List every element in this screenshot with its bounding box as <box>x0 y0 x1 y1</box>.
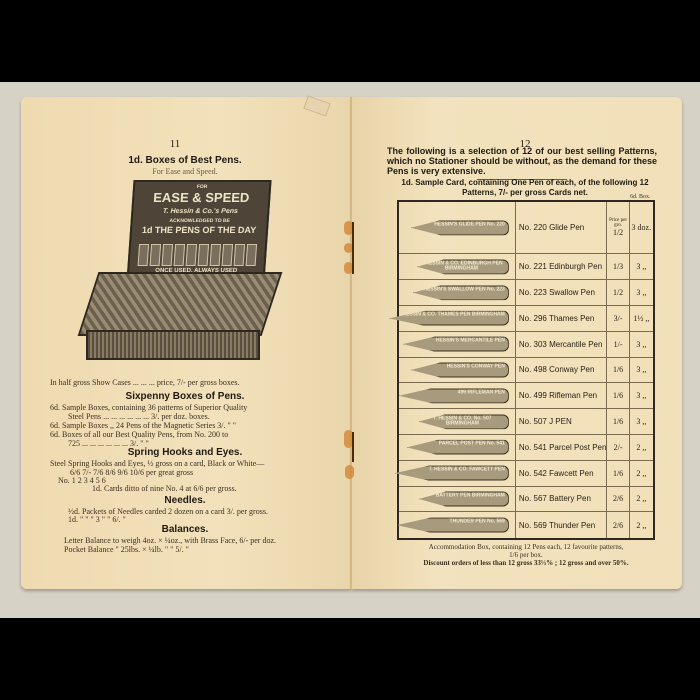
price-value: 1/6 <box>613 417 623 426</box>
pen-name: No. 296 Thames Pen <box>515 305 607 331</box>
price-value: 3/- <box>614 314 623 323</box>
pen-row: T. HESSIN & CO. THAMES PEN BIRMINGHAMNo.… <box>398 305 654 331</box>
sixpenny-line: Steel Pens ... ... ... ... ... ... 3/. p… <box>68 412 210 421</box>
page-number: 11 <box>160 138 190 150</box>
pen-price: 1/2 <box>607 280 629 306</box>
pen-nib-illustration: THUNDER PEN No. 569 <box>398 512 515 539</box>
pen-name: No. 542 Fawcett Pen <box>515 460 607 486</box>
pen-nib-icon: HESSIN'S CONWAY PEN <box>411 362 509 377</box>
pen-quantity: 1½ ,, <box>629 305 654 331</box>
boxes-heading: 1d. Boxes of Best Pens. <box>40 155 330 166</box>
balances-line: Pocket Balance " 25lbs. × ¼lb. " " 5/. " <box>64 545 189 554</box>
pen-quantity: 3 ,, <box>629 409 654 435</box>
pen-row: 499 RIFLEMAN PENNo. 499 Rifleman Pen1/63… <box>398 383 654 409</box>
pen-nib-illustration: HESSIN'S GLIDE PEN No. 220 <box>398 201 515 254</box>
pen-row: HESSIN'S GLIDE PEN No. 220No. 220 Glide … <box>398 201 654 254</box>
pen-row: BATTERY PEN BIRMINGHAMNo. 567 Battery Pe… <box>398 486 654 512</box>
pen-nib-illustration: HESSIN'S CONWAY PEN <box>398 357 515 383</box>
pen-nib-illustration: 499 RIFLEMAN PEN <box>398 383 515 409</box>
pen-nib-icon: T. HESSIN & CO. FAWCETT PEN <box>395 466 509 481</box>
price-value: 1/6 <box>613 469 623 478</box>
pen-name: No. 499 Rifleman Pen <box>515 383 607 409</box>
needles-line: 1d. " " " 3 " " 6/. " <box>68 515 126 524</box>
pen-name: No. 221 Edinburgh Pen <box>515 254 607 280</box>
hooks-line: Steel Spring Hooks and Eyes, ½ gross on … <box>50 459 264 468</box>
price-value: 1/2 <box>613 288 623 297</box>
pen-quantity: 3 ,, <box>629 331 654 357</box>
price-value: 1/6 <box>613 391 623 400</box>
pen-price: 1/6 <box>607 383 629 409</box>
nib-stamp: HESSIN'S CONWAY PEN <box>447 364 505 369</box>
nib-stamp: 499 RIFLEMAN PEN <box>458 390 505 395</box>
intro-text: The following is a selection of 12 of ou… <box>387 146 657 176</box>
pen-patterns-table: HESSIN'S GLIDE PEN No. 220No. 220 Glide … <box>397 200 655 540</box>
pen-name: No. 507 J PEN <box>515 409 607 435</box>
staple <box>352 222 354 274</box>
pen-nib-icon: T. HESSIN & CO. No. 507 BIRMINGHAM <box>419 414 509 429</box>
pen-quantity: 2 ,, <box>629 434 654 460</box>
pen-name: No. 498 Conway Pen <box>515 357 607 383</box>
pen-row: HESSIN'S SWALLOW PEN No. 223No. 223 Swal… <box>398 280 654 306</box>
show-cases-line: In half gross Show Cases ... ... ... pri… <box>50 378 240 387</box>
price-value: 2/- <box>614 443 623 452</box>
pen-name: No. 567 Battery Pen <box>515 486 607 512</box>
pen-quantity: 3 ,, <box>629 254 654 280</box>
pen-price: Price per gro.1/2 <box>607 201 629 254</box>
pen-row: HESSIN'S MERCANTILE PENNo. 303 Mercantil… <box>398 331 654 357</box>
pen-price: 1/6 <box>607 357 629 383</box>
lid-maker: T. Hessin & Co.'s Pens <box>133 208 267 215</box>
pen-nib-icon: HESSIN'S SWALLOW PEN No. 223 <box>413 285 509 300</box>
price-value: 1/3 <box>613 262 623 271</box>
discount-line: Discount orders of less than 12 gross 33… <box>397 559 655 567</box>
book-spine <box>350 97 352 589</box>
pen-row: T. HESSIN & CO. FAWCETT PENNo. 542 Fawce… <box>398 460 654 486</box>
pen-nib-icon: BATTERY PEN BIRMINGHAM <box>419 491 509 506</box>
nib-stamp: T. HESSIN & CO. EDINBURGH PEN BIRMINGHAM <box>418 261 505 271</box>
pen-name: No. 541 Parcel Post Pen <box>515 434 607 460</box>
nib-display <box>138 244 258 266</box>
sixpenny-line: 6d. Sample Boxes ,, 24 Pens of the Magne… <box>50 421 236 430</box>
nib-stamp: HESSIN'S SWALLOW PEN No. 223 <box>423 287 504 292</box>
pen-price: 2/6 <box>607 486 629 512</box>
nib-stamp: HESSIN'S GLIDE PEN No. 220 <box>434 222 505 227</box>
nib-stamp: T. HESSIN & CO. THAMES PEN BIRMINGHAM <box>397 313 505 318</box>
price-value: 2/6 <box>613 494 623 503</box>
pen-quantity: 2 ,, <box>629 486 654 512</box>
price-value: 1/2 <box>613 228 623 237</box>
sample-card-line: 1d. Sample Card, containing One Pen of e… <box>397 178 653 198</box>
pen-nib-illustration: T. HESSIN & CO. No. 507 BIRMINGHAM <box>398 409 515 435</box>
accommodation-line: Accommodation Box, containing 12 Pens ea… <box>397 543 655 551</box>
pen-price: 1/6 <box>607 460 629 486</box>
nib-stamp: PARCEL POST PEN No. 541 <box>439 442 505 447</box>
pen-quantity: 3 ,, <box>629 357 654 383</box>
box-lid: FOR EASE & SPEED T. Hessin & Co.'s Pens … <box>126 180 271 282</box>
pen-row: T. HESSIN & CO. No. 507 BIRMINGHAMNo. 50… <box>398 409 654 435</box>
rust-stain <box>345 465 354 479</box>
pen-nib-illustration: HESSIN'S SWALLOW PEN No. 223 <box>398 280 515 306</box>
nib-stamp: BATTERY PEN BIRMINGHAM <box>436 493 505 498</box>
pen-nib-illustration: PARCEL POST PEN No. 541 <box>398 434 515 460</box>
pen-nib-icon: T. HESSIN & CO. EDINBURGH PEN BIRMINGHAM <box>417 259 509 274</box>
pen-box-illustration: FOR EASE & SPEED T. Hessin & Co.'s Pens … <box>86 180 276 375</box>
pen-nib-illustration: T. HESSIN & CO. THAMES PEN BIRMINGHAM <box>398 305 515 331</box>
pen-row: THUNDER PEN No. 569No. 569 Thunder Pen2/… <box>398 512 654 539</box>
hooks-line: 1d. Cards ditto of nine No. 4 at 6/6 per… <box>92 484 237 493</box>
pen-nib-icon: T. HESSIN & CO. THAMES PEN BIRMINGHAM <box>389 311 509 326</box>
pen-nib-icon: PARCEL POST PEN No. 541 <box>407 440 509 455</box>
pen-row: HESSIN'S CONWAY PENNo. 498 Conway Pen1/6… <box>398 357 654 383</box>
pen-nib-illustration: BATTERY PEN BIRMINGHAM <box>398 486 515 512</box>
box-tray <box>78 272 283 336</box>
sixpenny-line: 6d. Boxes of all our Best Quality Pens, … <box>50 430 228 439</box>
lid-text: ACKNOWLEDGED TO BE <box>132 218 266 224</box>
intro-paragraph: The following is a selection of 12 of ou… <box>387 146 657 180</box>
pen-price: 2/6 <box>607 512 629 539</box>
pen-row: T. HESSIN & CO. EDINBURGH PEN BIRMINGHAM… <box>398 254 654 280</box>
pen-nib-illustration: T. HESSIN & CO. FAWCETT PEN <box>398 460 515 486</box>
pen-nib-icon: 499 RIFLEMAN PEN <box>399 388 509 403</box>
pen-row: PARCEL POST PEN No. 541No. 541 Parcel Po… <box>398 434 654 460</box>
hooks-heading: Spring Hooks and Eyes. <box>40 447 330 458</box>
nib-stamp: THUNDER PEN No. 569 <box>450 520 505 525</box>
pen-nib-illustration: T. HESSIN & CO. EDINBURGH PEN BIRMINGHAM <box>398 254 515 280</box>
sixpenny-heading: Sixpenny Boxes of Pens. <box>40 391 330 402</box>
boxes-subheading: For Ease and Speed. <box>40 167 330 176</box>
pen-name: No. 223 Swallow Pen <box>515 280 607 306</box>
price-value: 1/6 <box>613 365 623 374</box>
pen-price: 1/3 <box>607 254 629 280</box>
lid-slogan: 1d THE PENS OF THE DAY <box>132 225 267 235</box>
nib-stamp: T. HESSIN & CO. No. 507 BIRMINGHAM <box>420 416 505 426</box>
pen-quantity: 2 ,, <box>629 460 654 486</box>
pen-quantity: 2 ,, <box>629 512 654 539</box>
box-front <box>86 330 260 360</box>
pen-price: 1/6 <box>607 409 629 435</box>
pen-price: 2/- <box>607 434 629 460</box>
pen-price: 1/- <box>607 331 629 357</box>
pen-name: No. 569 Thunder Pen <box>515 512 607 539</box>
pen-name: No. 303 Mercantile Pen <box>515 331 607 357</box>
lid-title: EASE & SPEED <box>134 190 269 205</box>
nib-stamp: HESSIN'S MERCANTILE PEN <box>436 339 505 344</box>
staple <box>352 432 354 462</box>
pen-quantity: 3 doz. <box>629 201 654 254</box>
balances-line: Letter Balance to weigh 4oz. × ¼oz., wit… <box>64 536 276 545</box>
pen-price: 3/- <box>607 305 629 331</box>
pen-nib-illustration: HESSIN'S MERCANTILE PEN <box>398 331 515 357</box>
needles-heading: Needles. <box>40 495 330 506</box>
balances-heading: Balances. <box>40 524 330 535</box>
price-value: 2/6 <box>613 521 623 530</box>
pen-nib-icon: THUNDER PEN No. 569 <box>397 518 509 533</box>
pen-quantity: 3 ,, <box>629 280 654 306</box>
pen-quantity: 3 ,, <box>629 383 654 409</box>
pen-name: No. 220 Glide Pen <box>515 201 607 254</box>
nib-stamp: T. HESSIN & CO. FAWCETT PEN <box>429 468 505 473</box>
pen-nib-icon: HESSIN'S MERCANTILE PEN <box>403 337 509 352</box>
price-value: 1/- <box>614 340 623 349</box>
pen-nib-icon: HESSIN'S GLIDE PEN No. 220 <box>411 220 509 235</box>
sixpenny-line: 6d. Sample Boxes, containing 36 patterns… <box>50 403 247 412</box>
price-header: Price per gro. <box>607 218 628 228</box>
accommodation-price: 1/6 per box. <box>397 551 655 559</box>
